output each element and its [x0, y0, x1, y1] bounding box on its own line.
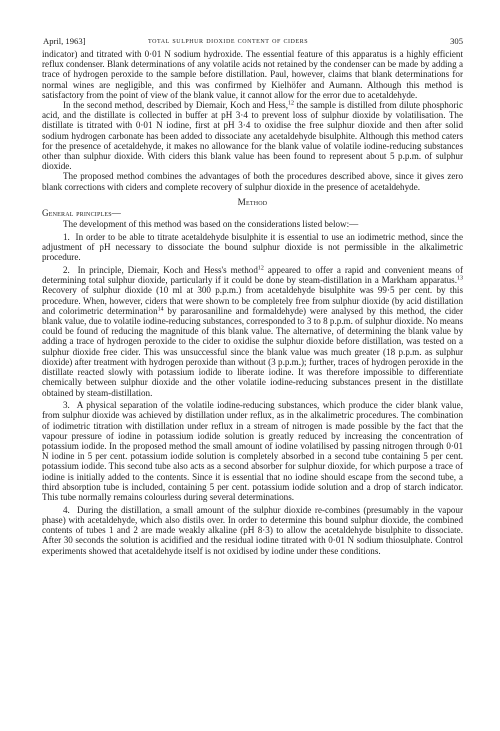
journal-page: April, 1963] TOTAL SULPHUR DIOXIDE CONTE…	[42, 34, 463, 556]
issue-date: April, 1963]	[43, 34, 86, 48]
list-item-3: 3. A physical separation of the volatile…	[42, 400, 463, 502]
item-text: In order to be able to titrate acetaldeh…	[42, 232, 463, 262]
item-text: by pararosaniline and formaldehyde) were…	[42, 306, 463, 398]
section-heading: Method	[42, 197, 463, 207]
list-item-1: 1. In order to be able to titrate acetal…	[42, 232, 463, 263]
item-text: A physical separation of the volatile io…	[42, 400, 463, 502]
item-number: 1.	[63, 232, 70, 242]
list-item-2: 2. In principle, Diemair, Koch and Hess'…	[42, 265, 463, 398]
item-number: 4.	[63, 505, 70, 515]
reference-marker: 13	[457, 276, 463, 282]
paragraph-text: the sample is distilled from dilute phos…	[42, 100, 463, 171]
item-text: During the distillation, a small amount …	[42, 505, 463, 556]
item-number: 2.	[63, 265, 70, 275]
paragraph-proposed-method: The proposed method combines the advanta…	[42, 171, 463, 191]
page-number: 305	[450, 34, 463, 48]
section-intro: The development of this method was based…	[42, 219, 463, 229]
list-item-4: 4. During the distillation, a small amou…	[42, 505, 463, 556]
item-text: In principle, Diemair, Koch and Hess's m…	[78, 265, 258, 275]
article-body: indicator) and titrated with 0·01 N sodi…	[42, 49, 463, 556]
subsection-heading: General principles—	[42, 208, 463, 218]
running-head: April, 1963] TOTAL SULPHUR DIOXIDE CONTE…	[42, 34, 463, 48]
item-number: 3.	[63, 400, 70, 410]
paragraph-second-method: In the second method, described by Diema…	[42, 100, 463, 171]
paragraph-text: In the second method, described by Diema…	[63, 100, 288, 110]
running-title: TOTAL SULPHUR DIOXIDE CONTENT OF CIDERS	[148, 34, 308, 48]
paragraph-continued: indicator) and titrated with 0·01 N sodi…	[42, 49, 463, 100]
